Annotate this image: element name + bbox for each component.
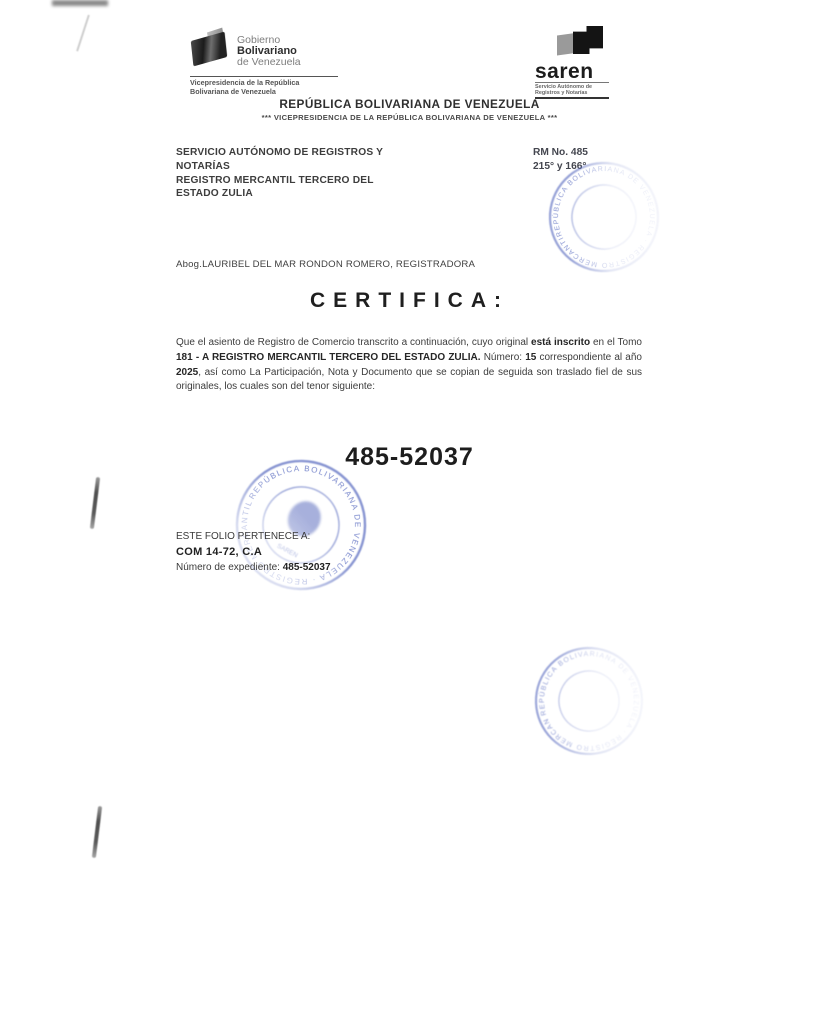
- document-subtitle: *** VICEPRESIDENCIA DE LA REPÚBLICA BOLI…: [0, 113, 819, 122]
- expediente-label: Número de expediente:: [176, 562, 283, 573]
- folio-belongs-label: ESTE FOLIO PERTENECE A:: [176, 529, 331, 545]
- office-line: REGISTRO MERCANTIL TERCERO DEL: [176, 174, 506, 188]
- document-page: Gobierno Bolivariano de Venezuela Vicepr…: [0, 0, 819, 1024]
- saren-icon: [557, 26, 617, 62]
- gov-logo-line3: de Venezuela: [237, 57, 301, 68]
- gov-logo-sub2: Bolivariana de Venezuela: [190, 88, 340, 97]
- expediente-line: Número de expediente: 485-52037: [176, 560, 331, 576]
- registrar-line: Abog.LAURIBEL DEL MAR RONDON ROMERO, REG…: [176, 259, 475, 270]
- office-line: SERVICIO AUTÓNOMO DE REGISTROS Y: [176, 146, 506, 160]
- saren-sub2: Registros y Notarías: [535, 90, 609, 96]
- stamp-arc-text: REPÚBLICA BOLIVARIANA DE VENEZUELA · REG…: [512, 624, 652, 768]
- saren-wordmark: saren: [535, 62, 645, 82]
- certifica-heading: CERTIFICA:: [0, 289, 819, 313]
- divider: [190, 76, 338, 77]
- svg-text:REPÚBLICA BOLIVARIANA DE VENEZ: REPÚBLICA BOLIVARIANA DE VENEZUELA · REG…: [512, 624, 652, 768]
- scan-smudge: [52, 0, 108, 6]
- company-name: COM 14-72, C.A: [176, 545, 331, 561]
- folio-owner-block: ESTE FOLIO PERTENECE A: COM 14-72, C.A N…: [176, 529, 331, 576]
- gov-logo-line1: Gobierno: [237, 35, 301, 46]
- staple-mark: [92, 806, 102, 858]
- gov-logo-line2: Bolivariano: [237, 46, 301, 57]
- document-title: REPÚBLICA BOLIVARIANA DE VENEZUELA: [0, 97, 819, 111]
- saren-logo: saren Servicio Autónomo de Registros y N…: [535, 26, 645, 99]
- certify-paragraph: Que el asiento de Registro de Comercio t…: [176, 336, 642, 395]
- rm-number: RM No. 485: [533, 146, 588, 160]
- scan-crease: [76, 15, 89, 52]
- office-line: ESTADO ZULIA: [176, 187, 506, 201]
- folio-number: 485-52037: [0, 443, 819, 472]
- venezuela-flag-icon: [190, 30, 230, 72]
- issuing-office-block: SERVICIO AUTÓNOMO DE REGISTROS Y NOTARÍA…: [176, 146, 506, 201]
- staple-mark: [90, 477, 100, 529]
- official-seal-stamp: REPÚBLICA BOLIVARIANA DE VENEZUELA · REG…: [512, 624, 666, 778]
- rm-number-block: RM No. 485 215° y 166°: [533, 146, 588, 174]
- rm-years: 215° y 166°: [533, 160, 588, 174]
- expediente-value: 485-52037: [283, 562, 331, 573]
- gobierno-bolivariano-logo: Gobierno Bolivariano de Venezuela Vicepr…: [190, 30, 340, 96]
- office-line: NOTARÍAS: [176, 160, 506, 174]
